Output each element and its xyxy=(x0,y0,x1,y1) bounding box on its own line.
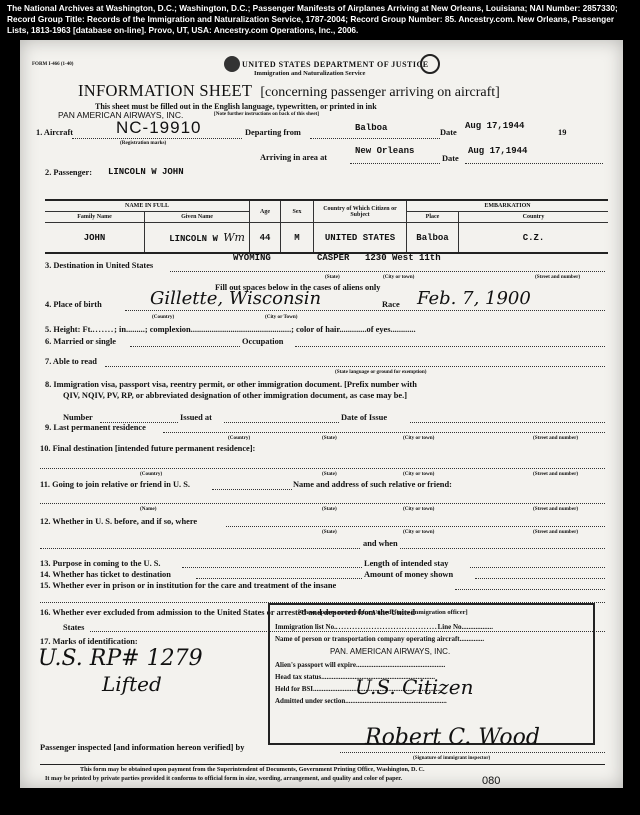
citizenship-header: Country of Which Citizen or Subject xyxy=(314,200,407,223)
street-sublabel: (Street and number) xyxy=(535,274,580,280)
city-sublabel: (City or town) xyxy=(403,506,434,512)
state-sublabel: (State) xyxy=(322,506,337,512)
country-header: Country xyxy=(459,212,609,223)
line-no-label: Line No. xyxy=(438,623,464,631)
arriving-label: Arriving in area at xyxy=(260,153,327,162)
aircraft-value: NC-19910 xyxy=(116,118,202,138)
money-label: Amount of money shown xyxy=(364,570,453,579)
sex-header: Sex xyxy=(281,200,314,223)
final-dest-label: 10. Final destination [intended future p… xyxy=(40,444,255,453)
year-suffix: 19 xyxy=(558,128,566,137)
street-sublabel: (Street and number) xyxy=(533,529,578,535)
admitted-handwritten: U.S. Citizen xyxy=(355,675,473,699)
state-sublabel: (State) xyxy=(322,471,337,477)
country-sublabel: (Country) xyxy=(228,435,250,441)
city-sublabel: (City or town) xyxy=(403,529,434,535)
purpose-label: 13. Purpose in coming to the U. S. xyxy=(40,559,161,568)
family-name-header: Family Name xyxy=(45,212,145,223)
stay-label: Length of intended stay xyxy=(364,559,448,568)
arriving-value: New Orleans xyxy=(355,146,414,156)
visa-label: 8. Immigration visa, passport visa, reen… xyxy=(45,380,417,389)
race-label: Race xyxy=(382,300,400,309)
arrival-date-label: Date xyxy=(442,154,459,163)
given-name-header: Given Name xyxy=(145,212,250,223)
when-label: and when xyxy=(363,539,398,548)
passport-expire-label: Alien's passport will expire xyxy=(275,661,356,669)
state-sublabel: (State) xyxy=(322,435,337,441)
officer-box-header: [These spaces reserved for United States… xyxy=(298,609,468,616)
source-caption: The National Archives at Washington, D.C… xyxy=(7,3,633,37)
destination-label: 3. Destination in United States xyxy=(45,261,153,270)
embark-country-cell: C.Z. xyxy=(459,223,609,254)
country-sublabel: (Country) xyxy=(152,314,174,320)
departing-value: Balboa xyxy=(355,123,387,133)
instruction-note: [Note further instructions on back of th… xyxy=(214,111,319,117)
birth-label: 4. Place of birth xyxy=(45,300,102,309)
excluded-label-2: States xyxy=(63,623,84,632)
aircraft-sublabel: (Registration marks) xyxy=(120,140,166,146)
city-sublabel: (City or town) xyxy=(383,274,414,280)
citizenship-cell: UNITED STATES xyxy=(314,223,407,254)
country-sublabel: (Country) xyxy=(140,471,162,477)
officer-reserved-box: [These spaces reserved for United States… xyxy=(268,603,595,745)
company-value: PAN. AMERICAN AIRWAYS, INC. xyxy=(330,647,450,656)
birth-date-value: Feb. 7, 1900 xyxy=(417,288,531,309)
street-sublabel: (Street and number) xyxy=(533,435,578,441)
family-name-cell: JOHN xyxy=(45,223,145,254)
inspector-signature: Robert C. Wood xyxy=(365,725,540,750)
read-label: 7. Able to read xyxy=(45,357,97,366)
date-issue-label: Date of Issue xyxy=(341,413,387,422)
company-label: Name of person or transportation company… xyxy=(275,635,460,643)
join-name-label: Name and address of such relative or fri… xyxy=(293,480,452,489)
signature-sublabel: (Signature of immigrant inspector) xyxy=(413,755,490,761)
page-title: INFORMATION SHEET [concerning passenger … xyxy=(78,81,500,101)
street-sublabel: (Street and number) xyxy=(533,471,578,477)
name-in-full-header: NAME IN FULL xyxy=(45,200,250,212)
prison-label: 15. Whether ever in prison or in institu… xyxy=(40,581,336,590)
place-header: Place xyxy=(407,212,459,223)
sex-cell: M xyxy=(281,223,314,254)
age-cell: 44 xyxy=(250,223,281,254)
aircraft-label: 1. Aircraft xyxy=(36,128,73,137)
page-number: 080 xyxy=(482,775,500,787)
embark-place-cell: Balboa xyxy=(407,223,459,254)
form-number: FORM I-466 (1-40) xyxy=(32,62,73,67)
street-sublabel: (Street and number) xyxy=(533,506,578,512)
state-sublabel: (State) xyxy=(322,529,337,535)
arrival-date-value: Aug 17,1944 xyxy=(468,146,527,156)
held-bsi-label: Held for BSI xyxy=(275,685,313,693)
passenger-value: LINCOLN W JOHN xyxy=(108,167,184,177)
city-town-sublabel: (City or Town) xyxy=(265,314,297,320)
embarkation-header: EMBARKATION xyxy=(407,200,609,212)
residence-label: 9. Last permanent residence xyxy=(45,423,146,432)
table-row: JOHN LINCOLN W Wm 44 M UNITED STATES Bal… xyxy=(45,223,608,254)
list-no-label: Immigration list No. xyxy=(275,623,336,631)
visa-label-2: QIV, NQIV, PV, RP, or abbreviated design… xyxy=(63,391,407,400)
issued-label: Issued at xyxy=(180,413,212,422)
read-sublabel: (State language or ground for exemption) xyxy=(335,369,427,375)
marks-handwritten-2: Lifted xyxy=(102,672,162,696)
admitted-label: Admitted under section xyxy=(275,697,345,705)
join-label: 11. Going to join relative or friend in … xyxy=(40,480,190,489)
state-sublabel: (State) xyxy=(325,274,340,280)
occupation-label: Occupation xyxy=(242,337,283,346)
footer-line-1: This form may be obtained upon payment f… xyxy=(80,766,425,773)
seal-icon xyxy=(224,56,240,72)
number-label: Number xyxy=(63,413,93,422)
given-name-cell: LINCOLN W Wm xyxy=(145,223,250,254)
service-title: Immigration and Naturalization Service xyxy=(254,70,365,77)
head-tax-label: Head tax status xyxy=(275,673,321,681)
marks-label: 17. Marks of identification: xyxy=(40,637,138,646)
department-title: UNITED STATES DEPARTMENT OF JUSTICE xyxy=(242,60,429,69)
birth-value: Gillette, Wisconsin xyxy=(150,288,321,309)
city-sublabel: (City or town) xyxy=(403,471,434,477)
departure-date-value: Aug 17,1944 xyxy=(465,121,524,131)
height-label: 5. Height: Ft........; in.........; comp… xyxy=(45,325,416,334)
ticket-label: 14. Whether has ticket to destination xyxy=(40,570,171,579)
destination-state: WYOMING xyxy=(233,253,271,263)
age-header: Age xyxy=(250,200,281,223)
information-sheet: FORM I-466 (1-40) UNITED STATES DEPARTME… xyxy=(20,40,623,788)
destination-city: CASPER xyxy=(317,253,349,263)
departing-label: Departing from xyxy=(245,128,301,137)
passenger-label: 2. Passenger: xyxy=(45,168,92,177)
inspection-label: Passenger inspected [and information her… xyxy=(40,743,244,752)
departure-date-label: Date xyxy=(440,128,457,137)
before-label: 12. Whether in U. S. before, and if so, … xyxy=(40,517,197,526)
married-label: 6. Married or single xyxy=(45,337,116,346)
destination-street: 1230 West 11th xyxy=(365,253,441,263)
name-sublabel: (Name) xyxy=(140,506,156,512)
passenger-name-table: NAME IN FULL Age Sex Country of Which Ci… xyxy=(45,199,608,254)
city-sublabel: (City or town) xyxy=(403,435,434,441)
marks-handwritten: U.S. RP# 1279 xyxy=(38,646,203,671)
footer-line-2: It may be printed by private parties pro… xyxy=(45,775,402,782)
